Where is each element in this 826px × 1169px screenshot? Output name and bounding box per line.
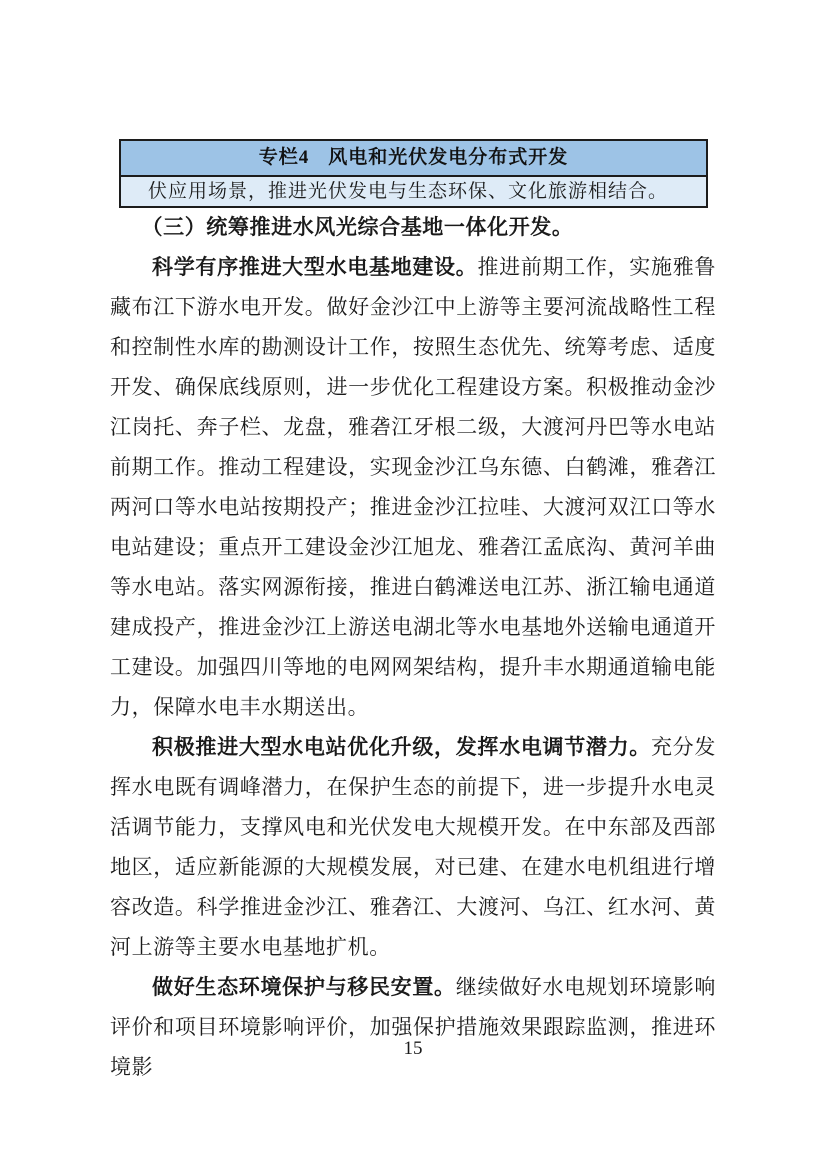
feature-box-title: 风电和光伏发电分布式开发 xyxy=(328,147,568,168)
feature-box-header: 专栏4风电和光伏发电分布式开发 xyxy=(121,141,706,177)
feature-box-label: 专栏4 xyxy=(259,147,310,168)
paragraph-lead: 做好生态环境保护与移民安置。 xyxy=(152,975,456,999)
document-page: 专栏4风电和光伏发电分布式开发 伏应用场景，推进光伏发电与生态环保、文化旅游相结… xyxy=(0,0,826,1169)
paragraph-hydro-base: 科学有序推进大型水电基地建设。推进前期工作，实施雅鲁藏布江下游水电开发。做好金沙… xyxy=(110,247,716,727)
paragraph-lead: 科学有序推进大型水电基地建设。 xyxy=(152,255,477,279)
paragraph-station-upgrade: 积极推进大型水电站优化升级，发挥水电调节潜力。充分发挥水电既有调峰潜力，在保护生… xyxy=(110,727,716,967)
page-number: 15 xyxy=(0,1038,826,1060)
feature-box-body-text: 伏应用场景，推进光伏发电与生态环保、文化旅游相结合。 xyxy=(121,177,706,206)
document-body: （三）统筹推进水风光综合基地一体化开发。 科学有序推进大型水电基地建设。推进前期… xyxy=(110,207,716,1087)
paragraph-text: 推进前期工作，实施雅鲁藏布江下游水电开发。做好金沙江中上游等主要河流战略性工程和… xyxy=(110,255,716,719)
paragraph-text: 充分发挥水电既有调峰潜力，在保护生态的前提下，进一步提升水电灵活调节能力，支撑风… xyxy=(110,735,716,959)
section-heading: （三）统筹推进水风光综合基地一体化开发。 xyxy=(110,207,716,247)
paragraph-eco-protection: 做好生态环境保护与移民安置。继续做好水电规划环境影响评价和项目环境影响评价，加强… xyxy=(110,967,716,1087)
paragraph-lead: 积极推进大型水电站优化升级，发挥水电调节潜力。 xyxy=(152,735,651,759)
feature-box: 专栏4风电和光伏发电分布式开发 伏应用场景，推进光伏发电与生态环保、文化旅游相结… xyxy=(119,139,708,208)
